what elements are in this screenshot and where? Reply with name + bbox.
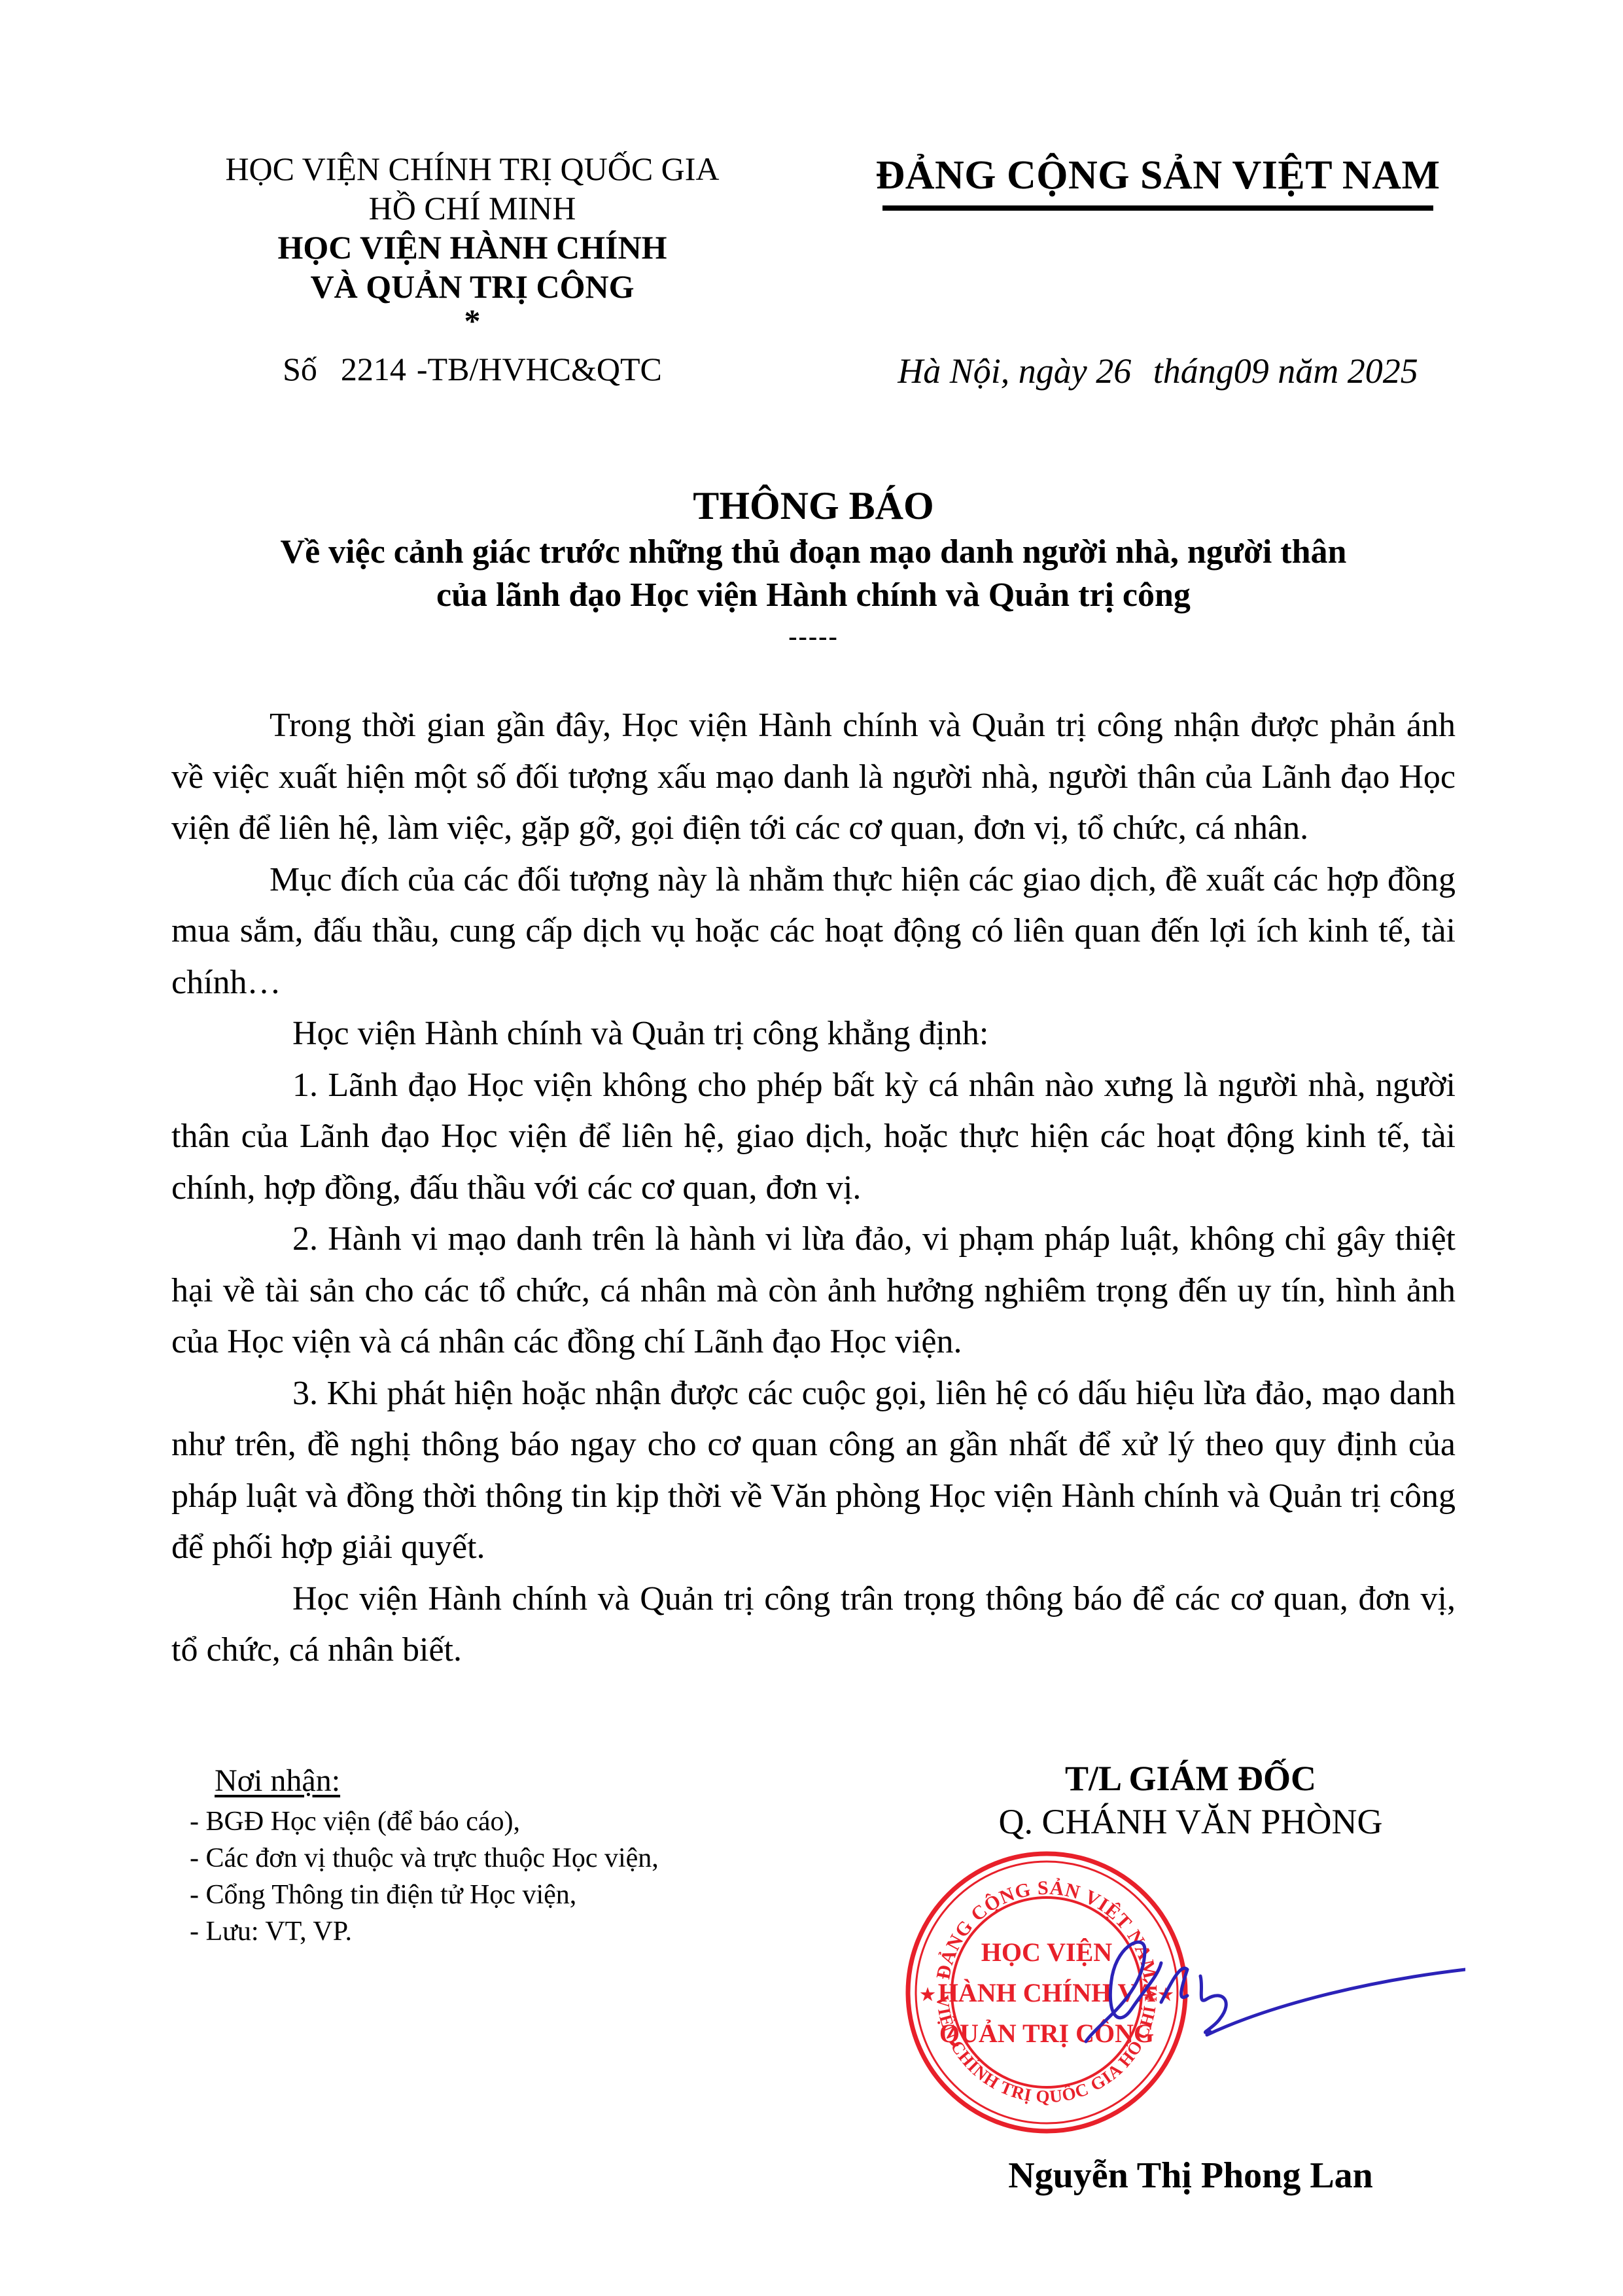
- date-year-label: năm: [1278, 351, 1338, 391]
- party-name-underline: [882, 205, 1433, 211]
- document-body: Trong thời gian gần đây, Học viện Hành c…: [171, 700, 1456, 1676]
- body-paragraph: Học viện Hành chính và Quản trị công trâ…: [171, 1574, 1456, 1676]
- number-value: 2214: [341, 351, 406, 387]
- recipient-item: - Lưu: VT, VP.: [190, 1913, 818, 1950]
- number-prefix: Số: [283, 351, 317, 387]
- document-type-title: THÔNG BÁO: [171, 481, 1456, 531]
- signer-title: Q. CHÁNH VĂN PHÒNG: [942, 1800, 1439, 1843]
- body-paragraph: 3. Khi phát hiện hoặc nhận được các cuộc…: [171, 1368, 1456, 1574]
- handwritten-signature-icon: [1047, 1937, 1465, 2094]
- parent-org-line1: HỌC VIỆN CHÍNH TRỊ QUỐC GIA: [171, 149, 773, 188]
- recipients-list: - BGĐ Học viện (để báo cáo), - Các đơn v…: [190, 1803, 818, 1950]
- signer-authority: T/L GIÁM ĐỐC: [942, 1757, 1439, 1800]
- title-block: THÔNG BÁO Về việc cảnh giác trước những …: [171, 481, 1456, 656]
- signer-name: Nguyễn Thị Phong Lan: [942, 2153, 1439, 2199]
- body-paragraph: Học viện Hành chính và Quản trị công khẳ…: [171, 1008, 1456, 1060]
- signature-block: T/L GIÁM ĐỐC Q. CHÁNH VĂN PHÒNG: [942, 1757, 1439, 1843]
- body-paragraph: 1. Lãnh đạo Học viện không cho phép bất …: [171, 1060, 1456, 1214]
- recipients-label: Nơi nhận:: [215, 1760, 818, 1802]
- parent-org-line2: HỒ CHÍ MINH: [171, 188, 773, 228]
- recipient-item: - Các đơn vị thuộc và trực thuộc Học việ…: [190, 1840, 818, 1877]
- document-date: Hà Nội, ngày 26 tháng09 năm 2025: [870, 350, 1446, 392]
- org-name-line1: HỌC VIỆN HÀNH CHÍNH: [171, 228, 773, 267]
- recipients-block: Nơi nhận: - BGĐ Học viện (để báo cáo), -…: [190, 1760, 818, 1950]
- party-name: ĐẢNG CỘNG SẢN VIỆT NAM: [870, 149, 1446, 202]
- document-number: Số2214-TB/HVHC&QTC: [171, 349, 773, 389]
- org-name-line2: VÀ QUẢN TRỊ CÔNG: [171, 267, 773, 306]
- date-day: 26: [1096, 351, 1131, 391]
- body-paragraph: 2. Hành vi mạo danh trên là hành vi lừa …: [171, 1214, 1456, 1368]
- recipient-item: - BGĐ Học viện (để báo cáo),: [190, 1803, 818, 1840]
- date-month-label: tháng: [1153, 351, 1234, 391]
- title-separator: -----: [171, 617, 1456, 656]
- subject-line1: Về việc cảnh giác trước những thủ đoạn m…: [171, 531, 1456, 574]
- issuing-agency-block: HỌC VIỆN CHÍNH TRỊ QUỐC GIA HỒ CHÍ MINH …: [171, 149, 773, 389]
- subject-line2: của lãnh đạo Học viện Hành chính và Quản…: [171, 574, 1456, 617]
- document-subject: Về việc cảnh giác trước những thủ đoạn m…: [171, 531, 1456, 617]
- body-paragraph: Trong thời gian gần đây, Học viện Hành c…: [171, 700, 1456, 855]
- date-place: Hà Nội, ngày: [898, 351, 1087, 391]
- recipient-item: - Cổng Thông tin điện tử Học viện,: [190, 1877, 818, 1913]
- date-year: 2025: [1348, 351, 1418, 391]
- party-header-block: ĐẢNG CỘNG SẢN VIỆT NAM: [870, 149, 1446, 211]
- number-suffix: -TB/HVHC&QTC: [417, 351, 662, 387]
- body-paragraph: Mục đích của các đối tượng này là nhằm t…: [171, 855, 1456, 1009]
- date-month: 09: [1234, 351, 1269, 391]
- separator-asterisk: *: [171, 306, 773, 340]
- stamp-star-left: ★: [920, 1985, 935, 2004]
